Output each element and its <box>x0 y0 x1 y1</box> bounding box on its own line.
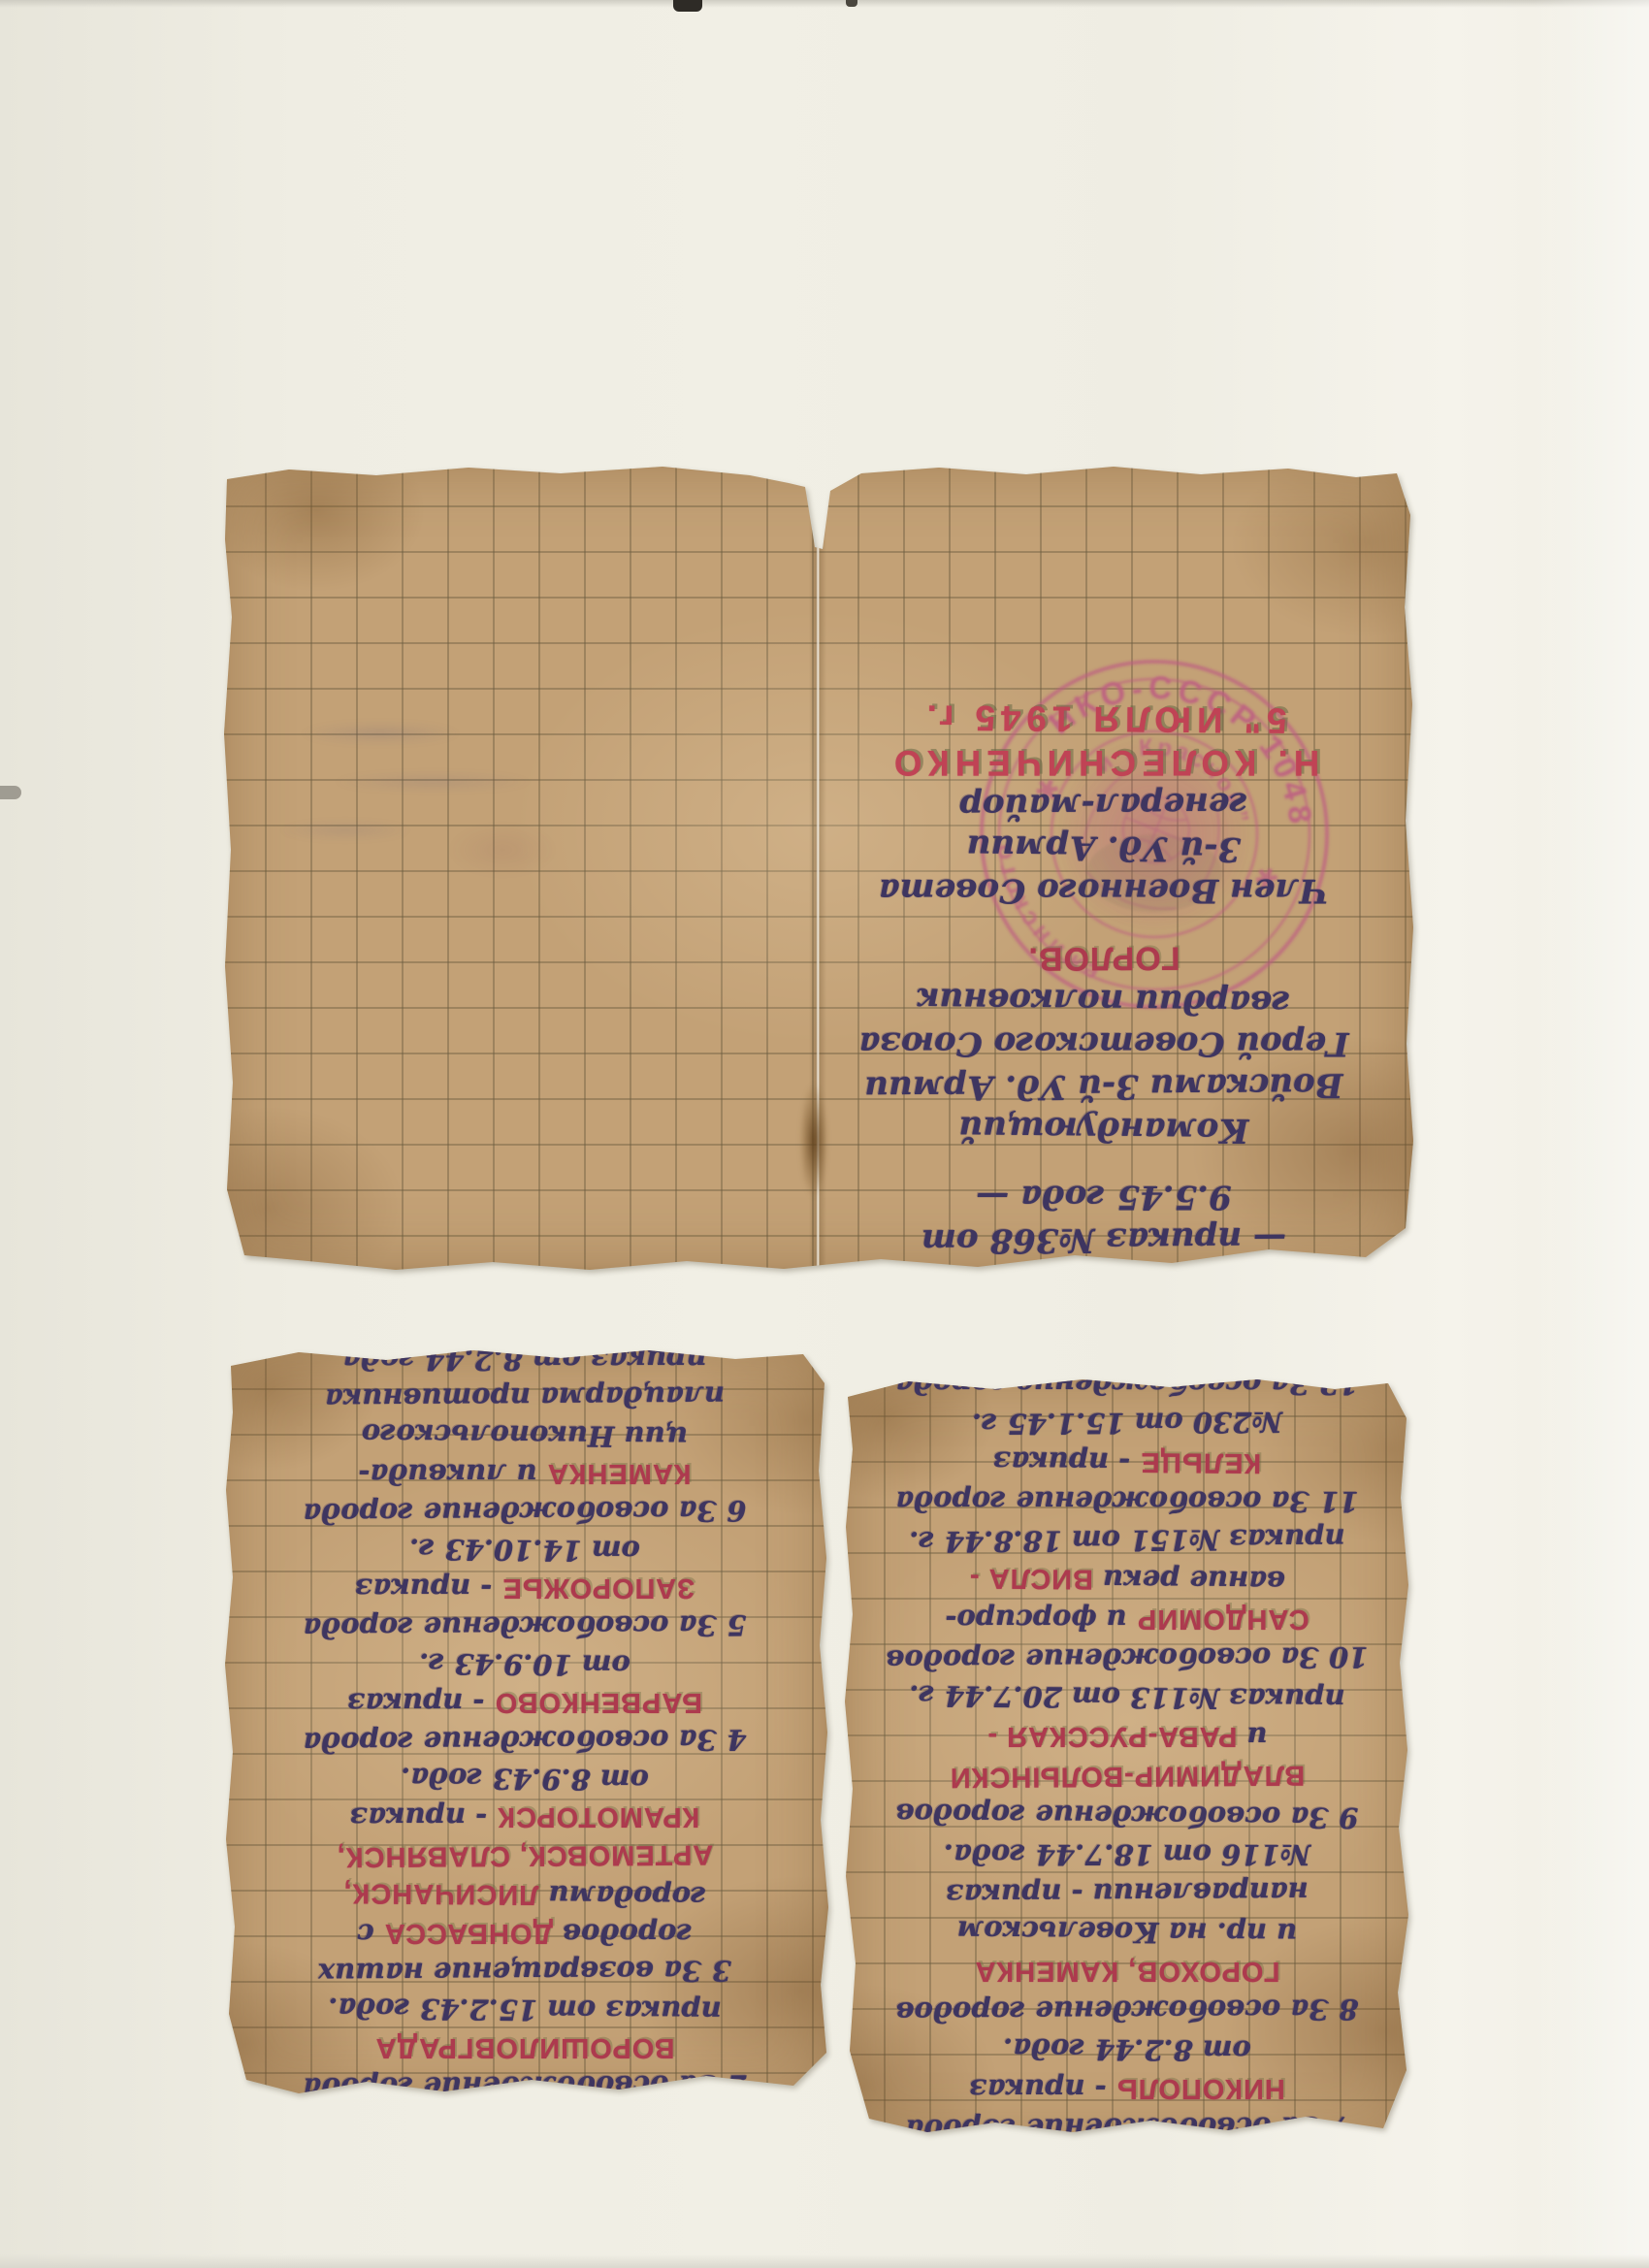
handwritten-line: КЕЛЬЦЕ - приказ <box>850 1441 1405 1485</box>
ink-text: 9.5.45 года — <box>976 1178 1231 1216</box>
ink-text: 10 За освобождение городов <box>886 1640 1368 1676</box>
ink-text: вание реки <box>1093 1564 1285 1599</box>
scan-artifact-speck <box>846 0 857 7</box>
ink-text: городов <box>553 1918 693 1951</box>
handwritten-line: Войсками 3-й Уд. Армии <box>830 1063 1377 1110</box>
red-ink-text: ВЛАДИМИР-ВОЛЫНСКИ <box>950 1760 1306 1794</box>
handwritten-line: 9 За освобождение городов <box>850 1795 1405 1838</box>
ink-text: от 8.2.44 года. <box>1003 2032 1251 2067</box>
handwritten-line: городами ЛИСИЧАНСК, <box>231 1872 819 1916</box>
leaf-paper: 2 За освобождение городаВОРОШИЛОВГРАДАпр… <box>221 1345 830 2105</box>
handwritten-line: плацдарма противника <box>231 1377 819 1418</box>
handwritten-line: БАРВЕНКОВО - приказ <box>231 1683 819 1722</box>
red-ink-text: РАВА-РУССКАЯ - <box>986 1721 1237 1752</box>
ink-bleedthrough <box>241 695 590 889</box>
red-ink-text: БАРВЕНКОВО <box>495 1687 702 1718</box>
handwritten-line: 6 За освобождение города <box>231 1491 819 1533</box>
ink-text: 11 За освобождение города <box>895 1485 1358 1518</box>
handwritten-line: приказ №113 от 20.7.44 г. <box>850 1676 1405 1720</box>
handwritten-line: 3-й Уд. Армии <box>830 825 1377 872</box>
bottom-right-page: 7 За освобождение городаНИКОПОЛЬ - прика… <box>840 1372 1414 2148</box>
stencil-text: Н. КОЛЕСНИЧЕНКО <box>889 743 1319 783</box>
handwritten-line: 4 За освобождение города <box>231 1720 819 1762</box>
handwritten-line: — приказ №368 от <box>830 1216 1377 1263</box>
ink-text: Герой Советского Союза <box>858 1024 1348 1063</box>
red-ink-text: ЛИСИЧАНСК, <box>342 1877 538 1910</box>
handwritten-line: городов ДОНБАССА с <box>231 1914 819 1953</box>
ink-text: - приказ <box>350 1801 498 1834</box>
ink-text: №230 от 15.1.45 г. <box>972 1406 1282 1441</box>
ink-text: — приказ №368 от <box>921 1219 1286 1261</box>
handwritten-line: АРТЕМОВСК, СЛАВЯНСК, <box>231 1834 819 1877</box>
top-left-page <box>221 462 815 1273</box>
top-booklet-spread: НКО-СССР 1048 Нежинского и „Красной” ✱ ✱… <box>221 462 1414 1273</box>
ink-text: с <box>357 1918 384 1951</box>
handwritten-line: приказ от 15.2.43 года. <box>231 1988 819 2030</box>
handwritten-line: №116 от 18.7.44 года. <box>850 1835 1405 1874</box>
ink-text: генерал-майор <box>959 785 1248 826</box>
handwritten-line: ГОРОХОВ, КАМЕНКА <box>850 1952 1405 1992</box>
handwritten-line: 5" ИЮЛЯ 1945 г. <box>830 695 1377 743</box>
handwritten-line: от 10.9.43 г. <box>231 1642 819 1685</box>
handwritten-line: САНДОМИР и форсиро- <box>850 1600 1405 1639</box>
stencil-text: 5" ИЮЛЯ 1945 г. <box>921 697 1286 740</box>
handwritten-line: 12 За освобождение города <box>850 1365 1405 1404</box>
scan-artifact-speck <box>673 0 702 12</box>
signature-text-block: — приказ №368 от9.5.45 года —Командующий… <box>830 683 1377 1261</box>
handwritten-line: КРАМОТОРСК - приказ <box>231 1798 819 1836</box>
handwritten-line: ции Никопольского <box>231 1413 819 1456</box>
ink-text: и ликвида- <box>358 1458 546 1491</box>
handwritten-line: ВОРОШИЛОВГРАДА <box>231 2028 819 2067</box>
handwritten-line: генерал-майор <box>830 782 1377 828</box>
handwritten-line: Член Военного Совета <box>830 869 1377 912</box>
handwritten-line: КАМЕНКА и ликвида- <box>231 1454 819 1493</box>
red-ink-text: КАМЕНКА <box>547 1458 692 1489</box>
scanned-document: НКО-СССР 1048 Нежинского и „Красной” ✱ ✱… <box>0 0 1649 2268</box>
handwritten-line: 5 За освобождение города <box>231 1605 819 1647</box>
ink-text: 3-й Уд. Армии <box>967 827 1242 868</box>
handwritten-line: Герой Советского Союза <box>830 1022 1377 1065</box>
ink-text: ции Никопольского <box>362 1418 688 1454</box>
handwritten-line: Командующий <box>830 1106 1377 1153</box>
scan-artifact-edge-mark <box>0 786 21 799</box>
ink-text: - приказ <box>969 2073 1116 2106</box>
handwritten-line: ЗАПОРОЖЬЕ - приказ <box>231 1569 819 1607</box>
ink-text: 6 За освобождение города <box>303 1494 746 1530</box>
red-ink-text: ДОНБАССА <box>384 1918 553 1949</box>
handwritten-line: гвардии полковник <box>830 978 1377 1025</box>
top-right-page: НКО-СССР 1048 Нежинского и „Красной” ✱ ✱… <box>823 462 1414 1273</box>
handwritten-line: вание реки ВИСЛА - <box>850 1558 1405 1603</box>
red-ink-text: КРАМОТОРСК <box>497 1801 699 1832</box>
ink-text: 12 За освобождение города <box>895 1368 1358 1401</box>
red-ink-text: КЕЛЬЦЕ <box>1140 1446 1261 1478</box>
spread-paper: НКО-СССР 1048 Нежинского и „Красной” ✱ ✱… <box>221 462 1414 1273</box>
red-ink-text: АРТЕМОВСК, СЛАВЯНСК, <box>337 1839 714 1873</box>
ink-text: 8 За освобождение городов <box>895 1993 1358 2028</box>
ink-text: - приказ <box>993 1445 1141 1479</box>
bottom-left-page: 2 За освобождение городаВОРОШИЛОВГРАДАпр… <box>221 1345 830 2105</box>
handwritten-line: приказ от 8.2.44 года <box>231 1341 819 1378</box>
handwritten-line: от 14.10.43 г. <box>231 1528 819 1571</box>
ink-text: и пр. на Ковельском <box>957 1914 1298 1950</box>
handwritten-line: направлении - приказ <box>850 1872 1405 1915</box>
ink-text: плацдарма противника <box>325 1380 725 1416</box>
handwritten-line: 2 За освобождение города <box>231 2065 819 2107</box>
commendation-list-left: 2 За освобождение городаВОРОШИЛОВГРАДАпр… <box>231 1352 819 2105</box>
red-ink-text: ГОРЛОВ. <box>1027 939 1180 977</box>
ink-text: от 14.10.43 г. <box>409 1533 640 1568</box>
red-ink-text: ЗАПОРОЖЬЕ <box>501 1572 695 1604</box>
ink-text: направлении - приказ <box>946 1876 1309 1912</box>
handwritten-line: приказ №151 от 18.8.44 г. <box>850 1519 1405 1562</box>
ink-text: Войсками 3-й Уд. Армии <box>864 1065 1342 1107</box>
ink-text: - приказ <box>355 1572 502 1605</box>
ink-text: от 10.9.43 г. <box>419 1647 630 1682</box>
handwritten-line: Н. КОЛЕСНИЧЕНКО <box>830 740 1377 784</box>
ink-text: приказ от 15.2.43 года. <box>328 1992 722 2028</box>
ink-text: Член Военного Совета <box>879 871 1330 910</box>
handwritten-line: от 8.2.44 года. <box>850 2028 1405 2072</box>
ink-text: 2 За освобождение города <box>303 2068 746 2104</box>
handwritten-line: 3 За возвращение наших <box>231 1951 819 1993</box>
ink-text: - приказ <box>347 1687 495 1720</box>
ink-text: приказ от 8.2.44 года <box>342 1344 706 1377</box>
ink-text: 7 За освобождение города <box>905 2110 1348 2146</box>
ink-text: приказ №151 от 18.8.44 г. <box>909 1522 1345 1558</box>
commendation-list-right: 7 За освобождение городаНИКОПОЛЬ - прика… <box>850 1379 1405 2148</box>
ink-text: приказ №113 от 20.7.44 г. <box>909 1679 1345 1716</box>
ink-text: 5 За освобождение города <box>303 1608 746 1644</box>
handwritten-line: ГОРЛОВ. <box>830 935 1377 982</box>
handwritten-line: №230 от 15.1.45 г. <box>850 1402 1405 1444</box>
leaf-paper: 7 За освобождение городаНИКОПОЛЬ - прика… <box>840 1372 1414 2148</box>
red-ink-text: ВОРОШИЛОВГРАДА <box>375 2032 675 2063</box>
ink-text: городами <box>538 1879 706 1914</box>
handwritten-line: и пр. на Ковельском <box>850 1911 1405 1955</box>
ink-text: 3 За возвращение наших <box>318 1955 731 1991</box>
red-ink-text: ВИСЛА - <box>969 1563 1093 1595</box>
ink-text: от 8.9.43 года. <box>401 1762 649 1797</box>
red-ink-text: САНДОМИР <box>1137 1604 1309 1635</box>
ink-text: Командующий <box>958 1109 1248 1150</box>
handwritten-line: и РАВА-РУССКАЯ - <box>850 1717 1405 1757</box>
handwritten-line: от 8.9.43 года. <box>231 1757 819 1799</box>
handwritten-line: НИКОПОЛЬ - приказ <box>850 2069 1405 2109</box>
handwritten-line: 11 За освобождение города <box>850 1482 1405 1521</box>
ink-text: и <box>1237 1721 1267 1754</box>
red-ink-text: НИКОПОЛЬ <box>1116 2073 1285 2104</box>
ink-text: 4 За освобождение города <box>303 1723 746 1759</box>
handwritten-line: 9.5.45 года — <box>830 1176 1377 1218</box>
handwritten-line: 8 За освобождение городов <box>850 1990 1405 2032</box>
ink-text: №116 от 18.7.44 года. <box>944 1838 1310 1871</box>
ink-text: гвардии полковник <box>917 980 1290 1021</box>
red-ink-text: ГОРОХОВ, КАМЕНКА <box>975 1956 1280 1987</box>
handwritten-line: ВЛАДИМИР-ВОЛЫНСКИ <box>850 1755 1405 1798</box>
scanner-light-band <box>1533 0 1649 2268</box>
ink-text: 9 За освобождение городов <box>895 1798 1358 1834</box>
handwritten-line: 7 За освобождение города <box>850 2107 1405 2150</box>
handwritten-line: 10 За освобождение городов <box>850 1637 1405 1680</box>
ink-text: и форсиро- <box>945 1604 1136 1636</box>
